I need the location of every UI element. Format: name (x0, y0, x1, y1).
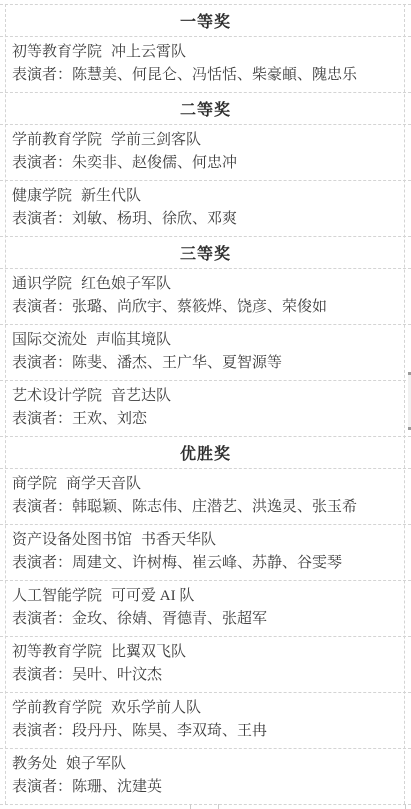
performers-names: 吴叶、叶汶杰 (72, 667, 162, 683)
performer-line: 表演者：段丹丹、陈昊、李双琦、王冉 (12, 720, 401, 743)
team-name: 书香天华队 (141, 532, 216, 548)
team-line: 教务处娘子军队 (12, 753, 401, 776)
team-department: 资产设备处图书馆 (12, 532, 132, 548)
performers-names: 王欢、刘恋 (72, 411, 147, 427)
performer-line: 表演者：刘敏、杨玥、徐欣、邓爽 (12, 208, 401, 231)
team-line: 人工智能学院可可爱 AI 队 (12, 585, 401, 608)
award-section-title: 优胜奖 (180, 441, 231, 464)
performers-label: 表演者： (12, 667, 72, 683)
team-line: 学前教育学院欢乐学前人队 (12, 697, 401, 720)
table-border-left (5, 4, 6, 804)
team-row: 健康学院新生代队 表演者：刘敏、杨玥、徐欣、邓爽 (0, 181, 411, 237)
performers-names: 陈珊、沈建英 (72, 779, 162, 795)
next-table-cell-border (405, 804, 406, 809)
performers-names: 朱奕非、赵俊儒、何忠冲 (72, 155, 237, 171)
performers-label: 表演者： (12, 779, 72, 795)
team-row: 国际交流处声临其境队 表演者：陈斐、潘杰、王广华、夏智源等 (0, 325, 411, 381)
team-row: 人工智能学院可可爱 AI 队 表演者：金玫、徐婧、胥德青、张超军 (0, 581, 411, 637)
team-line: 通识学院红色娘子军队 (12, 273, 401, 296)
performers-label: 表演者： (12, 411, 72, 427)
team-department: 人工智能学院 (12, 588, 102, 604)
table-border-right (404, 4, 405, 804)
team-name: 娘子军队 (66, 756, 126, 772)
team-row: 艺术设计学院音艺达队 表演者：王欢、刘恋 (0, 381, 411, 437)
team-row: 学前教育学院欢乐学前人队 表演者：段丹丹、陈昊、李双琦、王冉 (0, 693, 411, 749)
performers-names: 周建文、许树梅、崔云峰、苏静、谷雯琴 (72, 555, 342, 571)
performer-line: 表演者：张璐、尚欣宇、蔡筱烨、饶彦、荣俊如 (12, 296, 401, 319)
performers-label: 表演者： (12, 299, 72, 315)
performers-label: 表演者： (12, 211, 72, 227)
team-row: 通识学院红色娘子军队 表演者：张璐、尚欣宇、蔡筱烨、饶彦、荣俊如 (0, 269, 411, 325)
performers-names: 陈慧美、何昆仑、冯恬恬、柴豪頔、隗忠乐 (72, 67, 357, 83)
team-line: 国际交流处声临其境队 (12, 329, 401, 352)
team-row: 初等教育学院冲上云霄队 表演者：陈慧美、何昆仑、冯恬恬、柴豪頔、隗忠乐 (0, 37, 411, 93)
team-row: 教务处娘子军队 表演者：陈珊、沈建英 (0, 749, 411, 805)
team-row: 初等教育学院比翼双飞队 表演者：吴叶、叶汶杰 (0, 637, 411, 693)
team-line: 资产设备处图书馆书香天华队 (12, 529, 401, 552)
award-section-header: 三等奖 (0, 237, 411, 269)
award-table: 一等奖 初等教育学院冲上云霄队 表演者：陈慧美、何昆仑、冯恬恬、柴豪頔、隗忠乐 … (0, 4, 411, 805)
team-name: 音艺达队 (111, 388, 171, 404)
team-name: 比翼双飞队 (111, 644, 186, 660)
team-department: 商学院 (12, 476, 57, 492)
performers-label: 表演者： (12, 499, 72, 515)
team-department: 学前教育学院 (12, 132, 102, 148)
team-department: 初等教育学院 (12, 644, 102, 660)
team-department: 教务处 (12, 756, 57, 772)
performer-line: 表演者：陈慧美、何昆仑、冯恬恬、柴豪頔、隗忠乐 (12, 64, 401, 87)
performers-names: 韩聪颖、陈志伟、庄潜艺、洪逸灵、张玉希 (72, 499, 357, 515)
performers-label: 表演者： (12, 67, 72, 83)
performers-names: 段丹丹、陈昊、李双琦、王冉 (72, 723, 267, 739)
team-department: 通识学院 (12, 276, 72, 292)
team-line: 初等教育学院比翼双飞队 (12, 641, 401, 664)
award-section-title: 一等奖 (180, 9, 231, 32)
award-section-header: 一等奖 (0, 5, 411, 37)
team-department: 艺术设计学院 (12, 388, 102, 404)
team-line: 商学院商学天音队 (12, 473, 401, 496)
performers-label: 表演者： (12, 611, 72, 627)
award-section-header: 优胜奖 (0, 437, 411, 469)
team-row: 资产设备处图书馆书香天华队 表演者：周建文、许树梅、崔云峰、苏静、谷雯琴 (0, 525, 411, 581)
performers-names: 陈斐、潘杰、王广华、夏智源等 (72, 355, 282, 371)
team-name: 冲上云霄队 (111, 44, 186, 60)
team-line: 初等教育学院冲上云霄队 (12, 41, 401, 64)
performer-line: 表演者：周建文、许树梅、崔云峰、苏静、谷雯琴 (12, 552, 401, 575)
team-name: 欢乐学前人队 (111, 700, 201, 716)
performer-line: 表演者：王欢、刘恋 (12, 408, 401, 431)
team-name: 可可爱 AI 队 (111, 588, 194, 604)
performers-names: 张璐、尚欣宇、蔡筱烨、饶彦、荣俊如 (72, 299, 327, 315)
team-line: 艺术设计学院音艺达队 (12, 385, 401, 408)
team-department: 学前教育学院 (12, 700, 102, 716)
team-row: 商学院商学天音队 表演者：韩聪颖、陈志伟、庄潜艺、洪逸灵、张玉希 (0, 469, 411, 525)
team-name: 商学天音队 (66, 476, 141, 492)
performer-line: 表演者：朱奕非、赵俊儒、何忠冲 (12, 152, 401, 175)
performer-line: 表演者：韩聪颖、陈志伟、庄潜艺、洪逸灵、张玉希 (12, 496, 401, 519)
performers-names: 刘敏、杨玥、徐欣、邓爽 (72, 211, 237, 227)
performers-label: 表演者： (12, 155, 72, 171)
next-table-cell-border (218, 804, 219, 809)
team-department: 健康学院 (12, 188, 72, 204)
team-department: 初等教育学院 (12, 44, 102, 60)
performers-label: 表演者： (12, 555, 72, 571)
performer-line: 表演者：吴叶、叶汶杰 (12, 664, 401, 687)
team-line: 学前教育学院学前三剑客队 (12, 129, 401, 152)
team-name: 红色娘子军队 (81, 276, 171, 292)
performers-label: 表演者： (12, 723, 72, 739)
team-row: 学前教育学院学前三剑客队 表演者：朱奕非、赵俊儒、何忠冲 (0, 125, 411, 181)
award-section-title: 二等奖 (180, 97, 231, 120)
performers-names: 金玫、徐婧、胥德青、张超军 (72, 611, 267, 627)
team-name: 学前三剑客队 (111, 132, 201, 148)
award-section-header: 二等奖 (0, 93, 411, 125)
team-name: 声临其境队 (96, 332, 171, 348)
team-line: 健康学院新生代队 (12, 185, 401, 208)
performer-line: 表演者：金玫、徐婧、胥德青、张超军 (12, 608, 401, 631)
next-table-cell-border (190, 804, 191, 809)
performer-line: 表演者：陈珊、沈建英 (12, 776, 401, 799)
performer-line: 表演者：陈斐、潘杰、王广华、夏智源等 (12, 352, 401, 375)
performers-label: 表演者： (12, 355, 72, 371)
team-department: 国际交流处 (12, 332, 87, 348)
award-section-title: 三等奖 (180, 241, 231, 264)
team-name: 新生代队 (81, 188, 141, 204)
